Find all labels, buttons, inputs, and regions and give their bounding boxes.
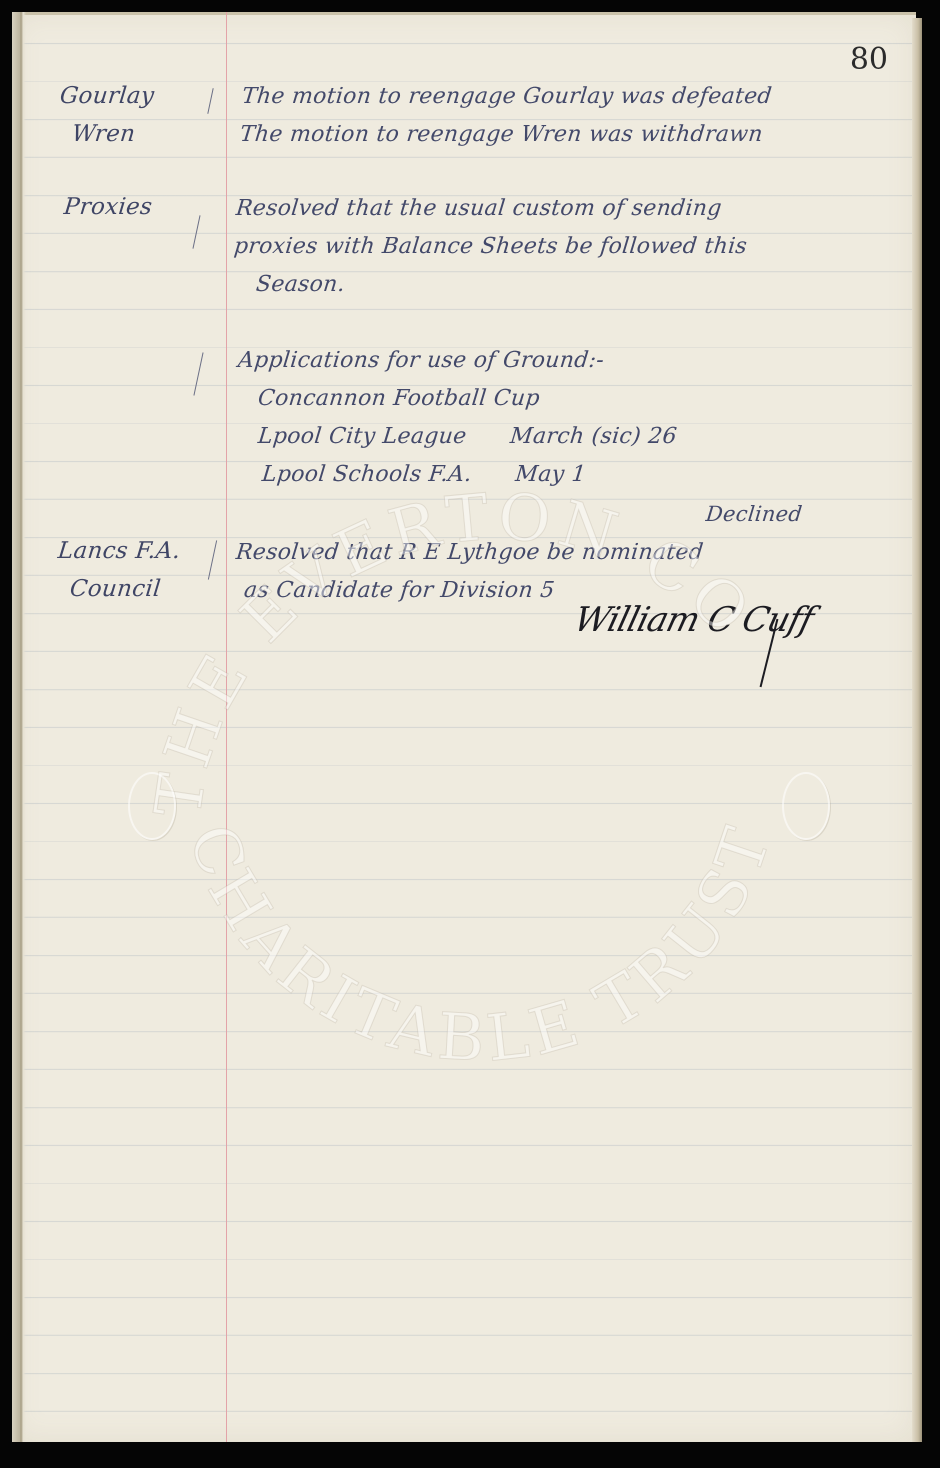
- margin-label-proxies: Proxies: [63, 194, 154, 220]
- minute-line: Lpool City League March (sic) 26: [257, 424, 679, 449]
- chairman-signature: William C Cuff: [570, 600, 817, 640]
- red-margin-rule: [226, 12, 227, 1442]
- binding-gutter: [12, 12, 26, 1442]
- minute-line: Resolved that the usual custom of sendin…: [235, 196, 723, 221]
- minute-line: as Candidate for Division 5: [243, 578, 556, 603]
- minute-line: Lpool Schools F.A. May 1: [261, 462, 588, 487]
- minute-line: The motion to reengage Gourlay was defea…: [241, 84, 774, 109]
- watermark-dot-left: [128, 772, 176, 840]
- margin-label-wren: Wren: [71, 121, 137, 147]
- margin-label-lancs-fa: Lancs F.A.: [57, 538, 182, 564]
- watermark-dot-right: [782, 772, 830, 840]
- minute-line: Concannon Football Cup: [257, 386, 541, 411]
- minute-line: Applications for use of Ground:-: [237, 348, 606, 373]
- page-number: 80: [850, 42, 888, 77]
- minute-line: Season.: [255, 272, 347, 297]
- margin-label-council: Council: [69, 576, 162, 602]
- minute-line: Resolved that R E Lythgoe be nominated: [235, 540, 705, 565]
- page-edges-right: [912, 18, 922, 1442]
- page-top-edge: [12, 12, 916, 15]
- ledger-page: [12, 12, 916, 1442]
- minute-line: The motion to reengage Wren was withdraw…: [239, 122, 764, 147]
- margin-label-gourlay: Gourlay: [59, 83, 156, 109]
- minute-line: proxies with Balance Sheets be followed …: [233, 234, 749, 259]
- annotation-declined: Declined: [705, 502, 804, 526]
